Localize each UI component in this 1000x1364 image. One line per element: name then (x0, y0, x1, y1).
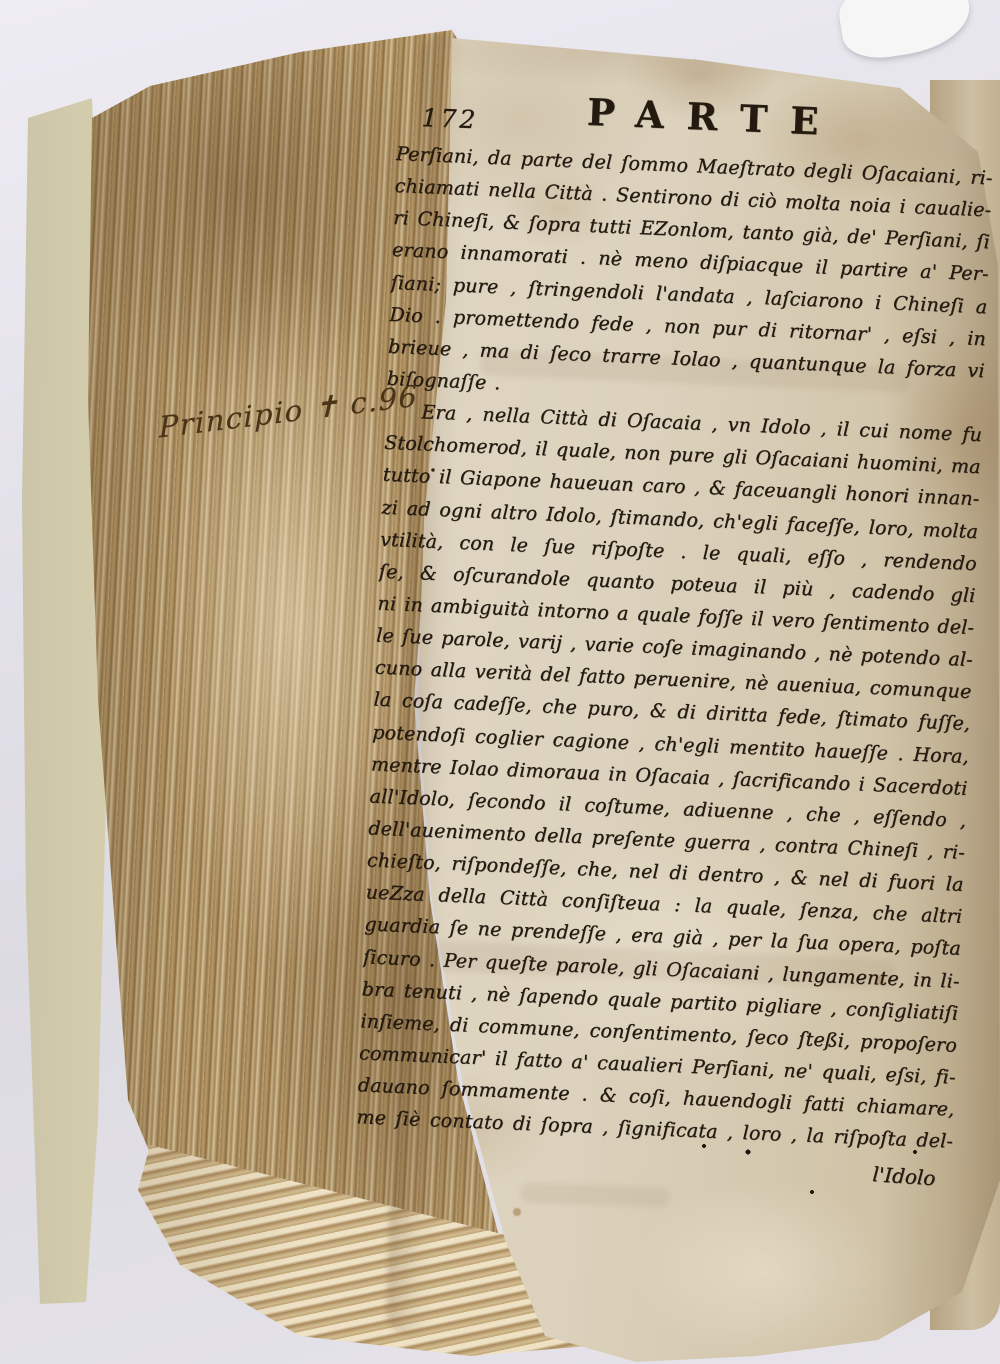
text-body: Perſiani, da parte del ſommo Maeſtrato d… (356, 138, 993, 1158)
running-header: PARTE (586, 90, 842, 144)
crumpled-paper-scrap (835, 0, 975, 64)
printed-text-block: 172 PARTE Perſiani, da parte del ſommo M… (355, 82, 996, 1184)
page-number: 172 (421, 103, 479, 134)
photo-backdrop: { "page": { "number": "172", "running_he… (0, 0, 1000, 1364)
